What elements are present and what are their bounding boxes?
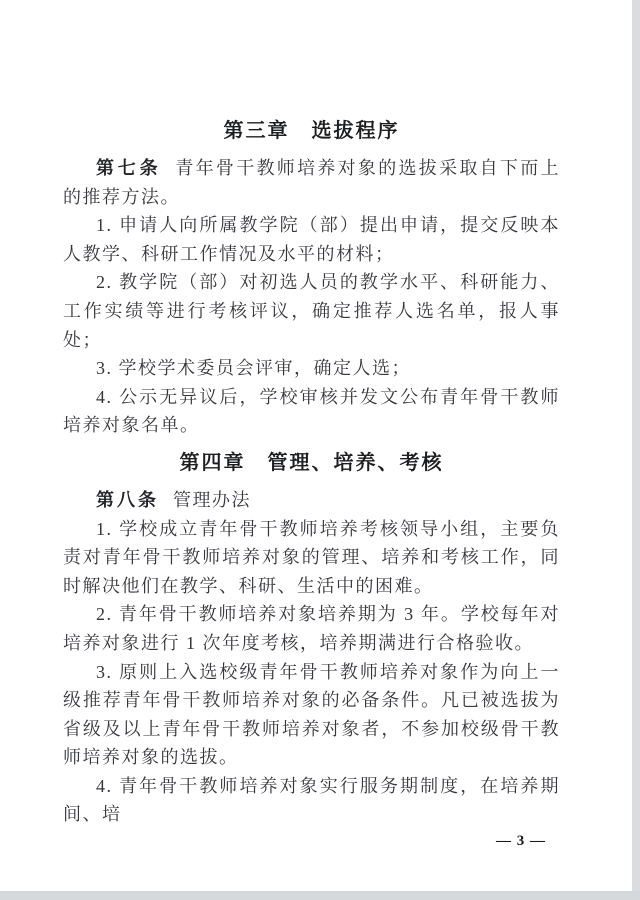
list-item-6: 2. 青年骨干教师培养对象培养期为 3 年。学校每年对培养对象进行 1 次年度考… [63, 600, 560, 657]
article-8-intro: 管理办法 [173, 490, 251, 510]
article-7-paragraph: 第七条青年骨干教师培养对象的选拔采取自下而上的推荐方法。 [63, 154, 560, 211]
scanned-document-page: 第三章 选拔程序 第七条青年骨干教师培养对象的选拔采取自下而上的推荐方法。 1.… [0, 0, 640, 900]
list-item-4: 4. 公示无异议后，学校审核并发文公布青年骨干教师培养对象名单。 [63, 383, 560, 440]
article-8-paragraph: 第八条管理办法 [63, 486, 560, 515]
scan-edge-bottom [0, 891, 640, 900]
list-item-5: 1. 学校成立青年骨干教师培养考核领导小组，主要负责对青年骨干教师培养对象的管理… [63, 515, 560, 601]
chapter-3-heading: 第三章 选拔程序 [63, 116, 560, 146]
scan-edge-right [632, 0, 640, 900]
list-item-3: 3. 学校学术委员会评审，确定人选； [63, 354, 560, 383]
page-number: — 3 — [496, 833, 546, 850]
list-item-8: 4. 青年骨干教师培养对象实行服务期制度，在培养期间、培 [63, 772, 560, 829]
article-7-label: 第七条 [96, 158, 161, 178]
list-item-7: 3. 原则上入选校级青年骨干教师培养对象作为向上一级推荐青年骨干教师培养对象的必… [63, 658, 560, 772]
list-item-2: 2. 教学院（部）对初选人员的教学水平、科研能力、工作实绩等进行考核评议，确定推… [63, 268, 560, 354]
list-item-1: 1. 申请人向所属教学院（部）提出申请，提交反映本人教学、科研工作情况及水平的材… [63, 211, 560, 268]
chapter-4-heading: 第四章 管理、培养、考核 [63, 448, 560, 478]
document-body: 第三章 选拔程序 第七条青年骨干教师培养对象的选拔采取自下而上的推荐方法。 1.… [0, 0, 632, 829]
article-8-label: 第八条 [96, 490, 159, 510]
